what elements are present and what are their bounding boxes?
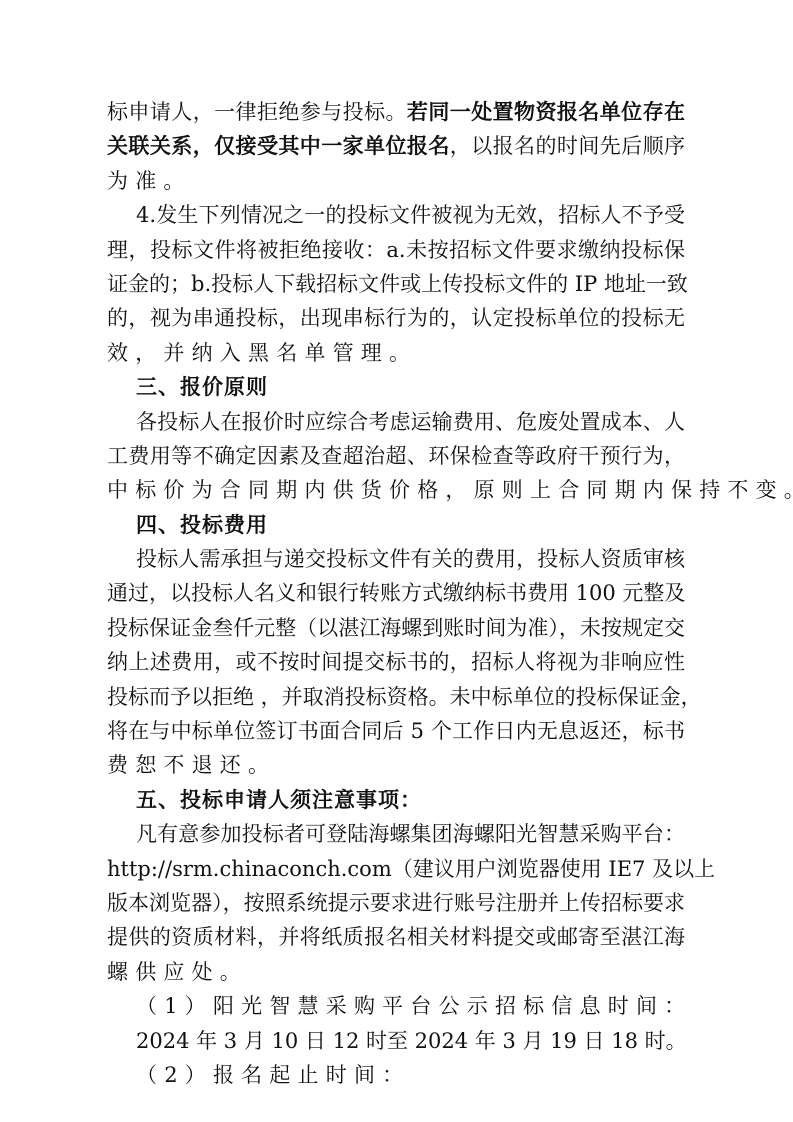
section5-sub1-value: 2024 年 3 月 10 日 12 时至 2024 年 3 月 19 日 18… [107, 1024, 685, 1058]
section3-line-3: 中标价为合同期内供货价格，原则上合同期内保持不变。 [107, 473, 685, 507]
section5-line-1: 凡有意参加投标者可登陆海螺集团海螺阳光智慧采购平台： [107, 817, 685, 851]
section5-line-4: 提供的资质材料，并将纸质报名相关材料提交或邮寄至湛江海 [107, 920, 685, 954]
section5-line-3: 版本浏览器），按照系统提示要求进行账号注册并上传招标要求 [107, 886, 685, 920]
intro-bold-text-2: 关联关系，仅接受其中一家单位报名 [107, 134, 450, 158]
item4-line-5: 效，并纳入黑名单管理。 [107, 336, 685, 370]
section4-line-7: 费恕不退还。 [107, 748, 685, 782]
item4-line-4: 的，视为串通投标，出现串标行为的，认定投标单位的投标无 [107, 301, 685, 335]
section4-line-1: 投标人需承担与递交投标文件有关的费用，投标人资质审核 [107, 542, 685, 576]
intro-plain-text: 标申请人，一律拒绝参与投标。 [107, 100, 407, 124]
section4-line-3: 投标保证金叁仟元整（以湛江海螺到账时间为准），未按规定交 [107, 611, 685, 645]
section5-line-2-url: http://srm.chinaconch.com（建议用户浏览器使用 IE7 … [107, 852, 685, 886]
intro-bold-text: 若同一处置物资报名单位存在 [407, 100, 685, 124]
section4-heading: 四、投标费用 [107, 508, 685, 542]
section4-line-5: 投标而予以拒绝 ，并取消投标资格。未中标单位的投标保证金， [107, 680, 685, 714]
section3-line-1: 各投标人在报价时应综合考虑运输费用、危废处置成本、人 [107, 405, 685, 439]
intro-plain-text-2: ，以报名的时间先后顺序 [450, 134, 685, 158]
intro-line-2: 关联关系，仅接受其中一家单位报名，以报名的时间先后顺序 [107, 129, 685, 163]
section3-heading: 三、报价原则 [107, 370, 685, 404]
intro-line-1: 标申请人，一律拒绝参与投标。若同一处置物资报名单位存在 [107, 95, 685, 129]
intro-line-3: 为准。 [107, 164, 685, 198]
section5-line-5: 螺供应处。 [107, 955, 685, 989]
section5-sub1-label: （1）阳光智慧采购平台公示招标信息时间： [107, 989, 685, 1023]
section3-line-2: 工费用等不确定因素及查超治超、环保检查等政府干预行为， [107, 439, 685, 473]
section5-sub2-label: （2）报名起止时间： [107, 1058, 685, 1092]
section4-line-2: 通过，以投标人名义和银行转账方式缴纳标书费用 100 元整及 [107, 576, 685, 610]
section5-heading: 五、投标申请人须注意事项： [107, 783, 685, 817]
item4-line-3: 证金的；b.投标人下载招标文件或上传投标文件的 IP 地址一致 [107, 267, 685, 301]
section4-line-4: 纳上述费用，或不按时间提交标书的，招标人将视为非响应性 [107, 645, 685, 679]
item4-line-1: 4.发生下列情况之一的投标文件被视为无效，招标人不予受 [107, 198, 685, 232]
section4-line-6: 将在与中标单位签订书面合同后 5 个工作日内无息返还，标书 [107, 714, 685, 748]
document-page: 标申请人，一律拒绝参与投标。若同一处置物资报名单位存在 关联关系，仅接受其中一家… [107, 95, 685, 1092]
item4-line-2: 理，投标文件将被拒绝接收：a.未按招标文件要求缴纳投标保 [107, 233, 685, 267]
